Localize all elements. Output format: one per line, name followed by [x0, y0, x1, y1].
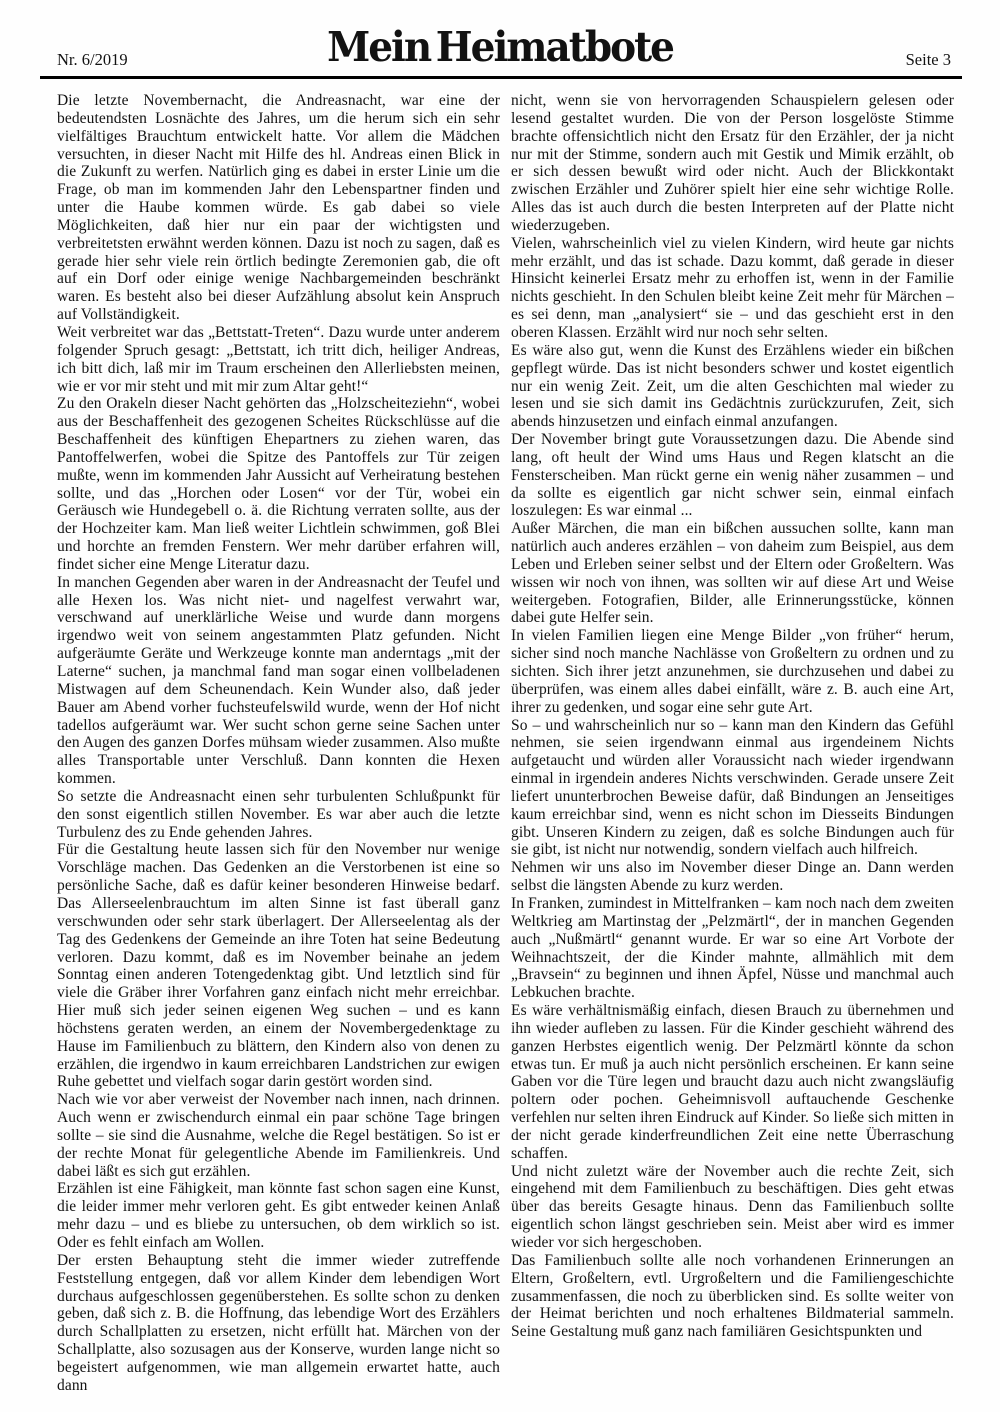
article-body: Die letzte Novembernacht, die Andreasnac…: [57, 92, 953, 1395]
article-paragraph: So setzte die Andreasnacht einen sehr tu…: [57, 788, 500, 842]
article-paragraph: Für die Gestaltung heute lassen sich für…: [57, 841, 500, 1091]
article-paragraph: Zu den Orakeln dieser Nacht gehörten das…: [57, 395, 500, 573]
article-column-right: nicht, wenn sie von hervorragenden Schau…: [511, 92, 954, 1395]
article-paragraph: Außer Märchen, die man ein bißchen aussu…: [511, 520, 954, 627]
page-number: Seite 3: [906, 50, 951, 70]
page-header: Nr. 6/2019 Mein Heimatbote Seite 3: [0, 0, 1000, 80]
article-paragraph: Und nicht zuletzt wäre der November auch…: [511, 1163, 954, 1252]
article-paragraph: Es wäre also gut, wenn die Kunst des Erz…: [511, 342, 954, 431]
article-paragraph: Die letzte Novembernacht, die Andreasnac…: [57, 92, 500, 324]
article-paragraph: Vielen, wahrscheinlich viel zu vielen Ki…: [511, 235, 954, 342]
article-paragraph: In manchen Gegenden aber waren in der An…: [57, 574, 500, 788]
article-paragraph: Nehmen wir uns also im November dieser D…: [511, 859, 954, 895]
newspaper-page: Nr. 6/2019 Mein Heimatbote Seite 3 Die l…: [0, 0, 1000, 1412]
article-paragraph: Erzählen ist eine Fähigkeit, man könnte …: [57, 1180, 500, 1251]
article-paragraph: So – und wahrscheinlich nur so – kann ma…: [511, 717, 954, 860]
article-paragraph: Der ersten Behauptung steht die immer wi…: [57, 1252, 500, 1395]
header-rule: [40, 76, 962, 79]
article-paragraph: Der November bringt gute Voraussetzungen…: [511, 431, 954, 520]
article-paragraph: Es wäre verhältnismäßig einfach, diesen …: [511, 1002, 954, 1163]
article-paragraph: In vielen Familien liegen eine Menge Bil…: [511, 627, 954, 716]
article-paragraph: Nach wie vor aber verweist der November …: [57, 1091, 500, 1180]
article-paragraph: nicht, wenn sie von hervorragenden Schau…: [511, 92, 954, 235]
article-paragraph: In Franken, zumindest in Mittelfranken –…: [511, 895, 954, 1002]
article-paragraph: Weit verbreitet war das „Bettstatt-Trete…: [57, 324, 500, 395]
masthead: Mein Heimatbote: [0, 23, 1000, 72]
article-column-left: Die letzte Novembernacht, die Andreasnac…: [57, 92, 500, 1395]
article-paragraph: Das Familienbuch sollte alle noch vorhan…: [511, 1252, 954, 1341]
